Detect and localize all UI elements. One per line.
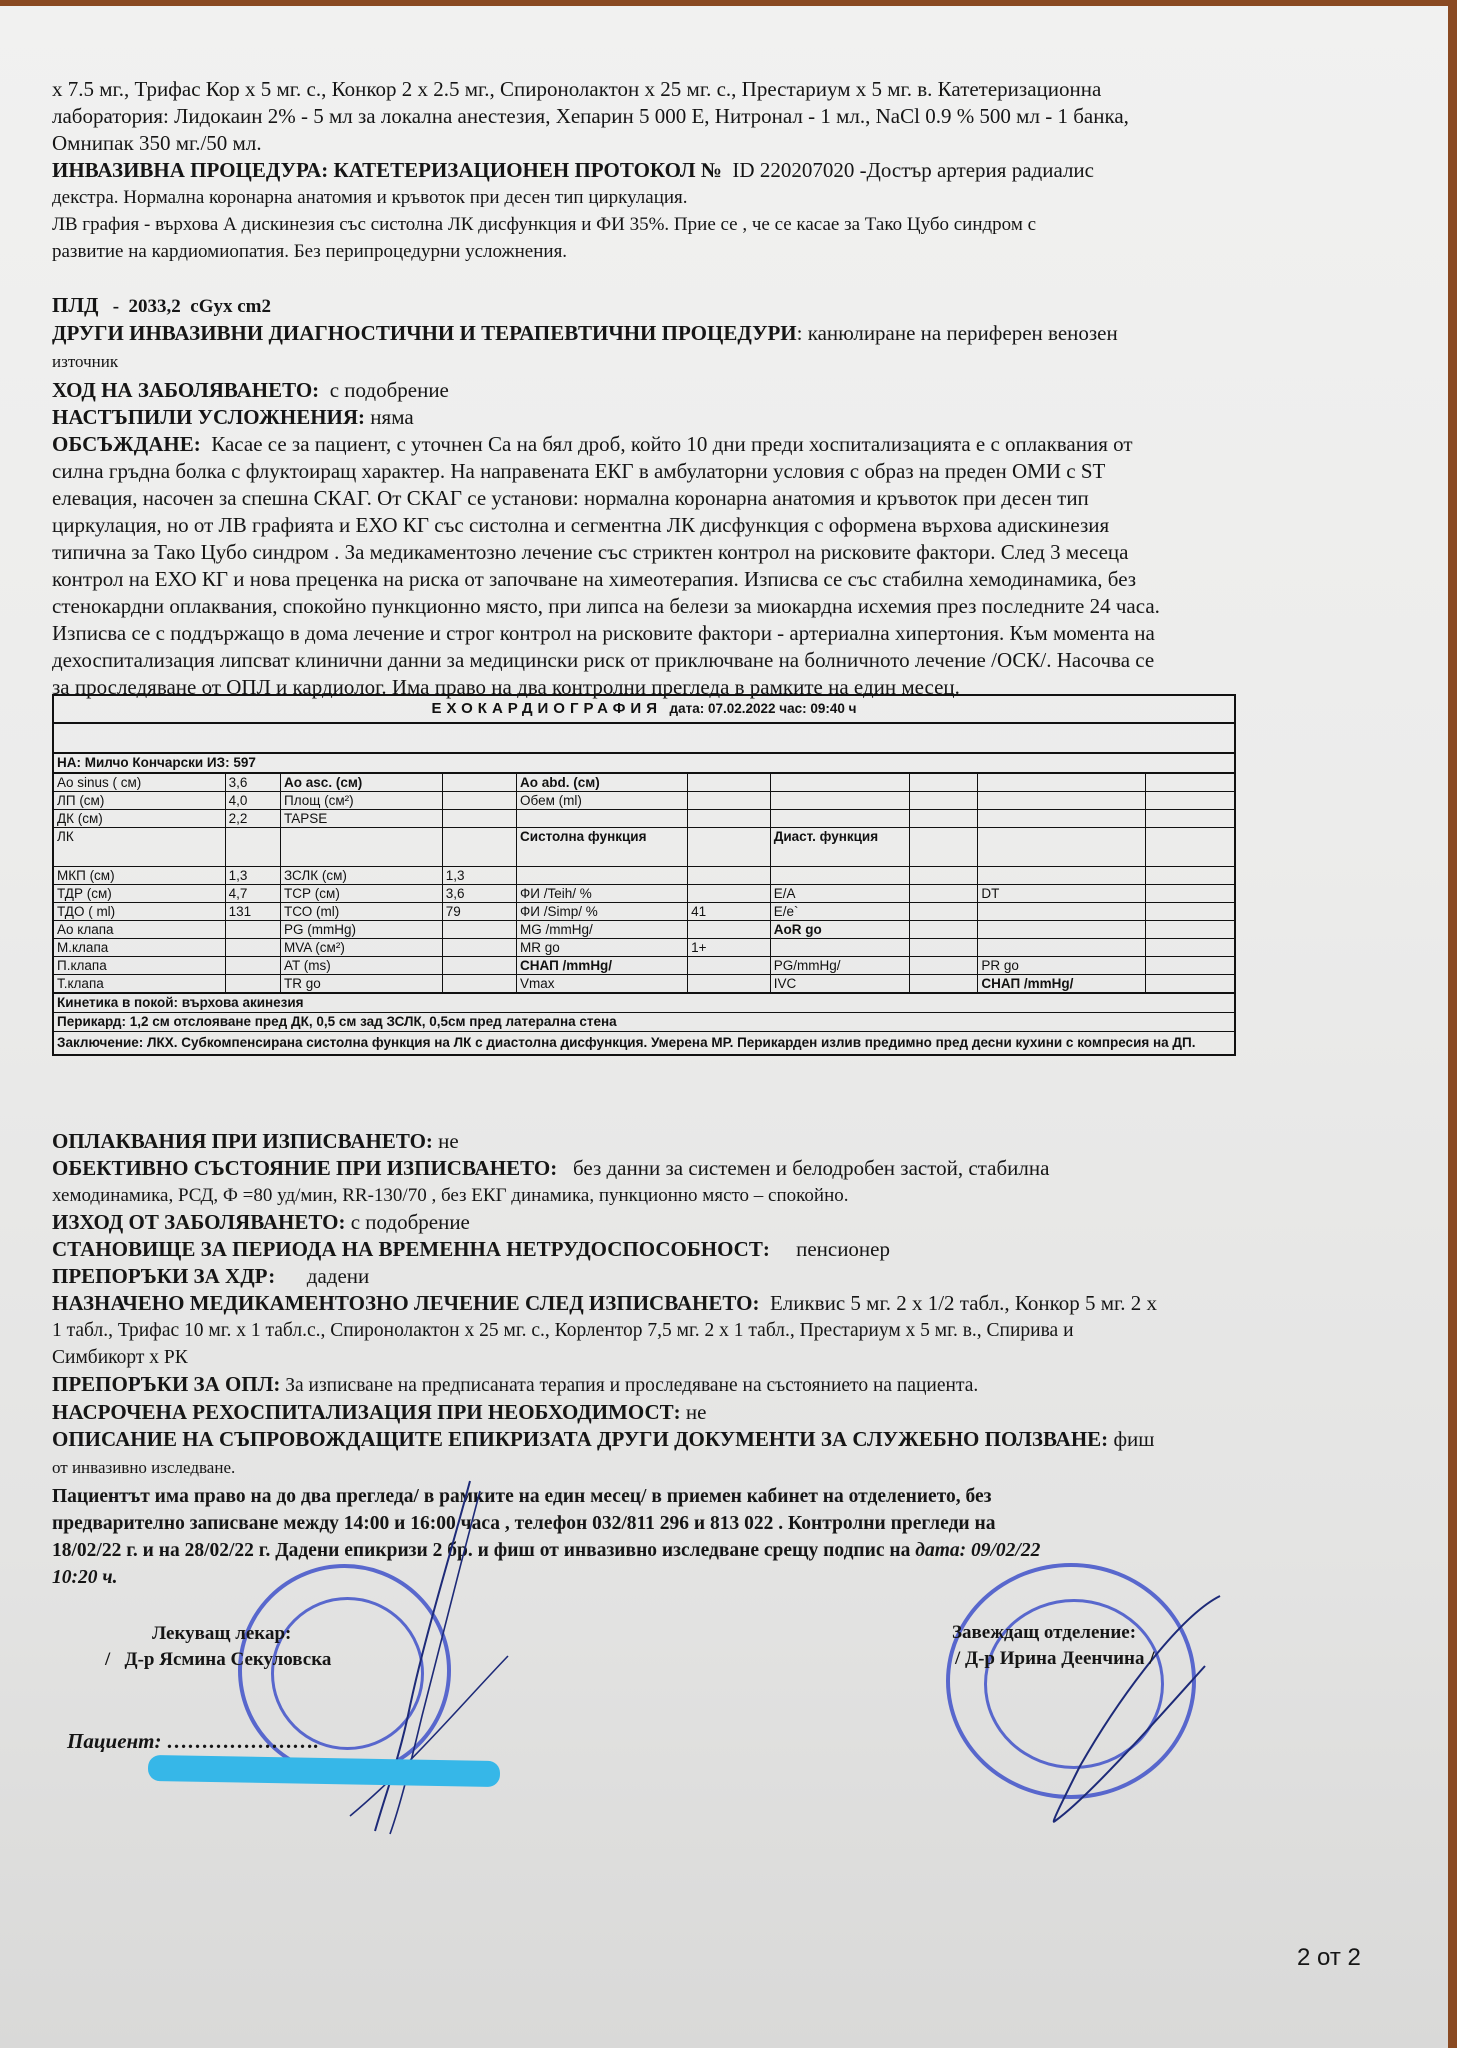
echo-row: П.клапаAT (ms)СНАП /mmHg/PG/mmHg/PR go (54, 957, 1234, 975)
echo-cell (225, 828, 280, 867)
text-line: Симбикорт x РК (52, 1344, 1352, 1371)
echo-cell: Систолна функция (517, 828, 688, 867)
echo-cell: TR go (281, 975, 443, 993)
echo-cell: МКП (см) (54, 867, 225, 885)
section-label: ОПЛАКВАНИЯ ПРИ ИЗПИСВАНЕТО: (52, 1129, 433, 1153)
echo-cell: PG/mmHg/ (770, 957, 909, 975)
echo-cell: AoR go (770, 921, 909, 939)
echo-cell: Обем (ml) (517, 792, 688, 810)
text-line: източник (52, 347, 1352, 377)
section-value: няма (365, 405, 414, 429)
echo-cell (1145, 939, 1234, 957)
echo-cell (688, 957, 771, 975)
echo-cell (517, 810, 688, 828)
section-value: пенсионер (770, 1237, 890, 1261)
echo-kinetics: Кинетика в покой: върхова акинезия (54, 993, 1234, 1012)
echo-cell (442, 792, 516, 810)
echo-cell (909, 792, 977, 810)
text-line: стенокардни оплаквания, спокойно пункцио… (52, 593, 1352, 620)
echo-cell: 3,6 (442, 885, 516, 903)
section-value: дадени (275, 1264, 369, 1288)
echo-patient: НА: Милчо Кончарски ИЗ: 597 (54, 754, 1234, 773)
echo-cell (770, 939, 909, 957)
echo-cell: СНАП /mmHg/ (517, 957, 688, 975)
echo-cell: 1,3 (442, 867, 516, 885)
echo-cell (909, 903, 977, 921)
echo-cell (688, 885, 771, 903)
echo-cell (225, 975, 280, 993)
echo-cell: 79 (442, 903, 516, 921)
echo-cell: СНАП /mmHg/ (978, 975, 1146, 993)
echo-cell (688, 921, 771, 939)
echo-cell (688, 828, 771, 867)
echo-cell: DT (978, 885, 1146, 903)
echo-cell: ЛК (54, 828, 225, 867)
head-of-department-name: / Д-р Ирина Деенчина / (955, 1646, 1155, 1672)
echo-cell: ЗСЛК (см) (281, 867, 443, 885)
section-label: НАСРОЧЕНА РЕХОСПИТАЛИЗАЦИЯ ПРИ НЕОБХОДИМ… (52, 1400, 681, 1424)
section-value: с подобрение (319, 378, 449, 402)
echo-cell: Vmax (517, 975, 688, 993)
notice-line: предварително записване между 14:00 и 16… (52, 1510, 1352, 1537)
echo-cell (770, 867, 909, 885)
echo-cell (978, 774, 1146, 792)
echo-cell (225, 921, 280, 939)
echo-cell: 3,6 (225, 774, 280, 792)
echo-cell (517, 867, 688, 885)
echo-cell: 4,7 (225, 885, 280, 903)
echo-row: МКП (см)1,3ЗСЛК (см)1,3 (54, 867, 1234, 885)
echo-grid: Ao sinus ( см)3,6Ao asc. (см)Ao abd. (см… (54, 773, 1234, 993)
echo-cell: 1,3 (225, 867, 280, 885)
echo-cell (770, 774, 909, 792)
text-line: развитие на кардиомиопатия. Без перипроц… (52, 238, 1352, 265)
echo-cell (1145, 810, 1234, 828)
echo-cell (909, 810, 977, 828)
echo-cell: AT (ms) (281, 957, 443, 975)
echo-cell (1145, 885, 1234, 903)
echo-cell (909, 774, 977, 792)
echo-heading: ЕХОКАРДИОГРАФИЯ (432, 700, 663, 717)
echo-cell: 131 (225, 903, 280, 921)
echo-row: Ao sinus ( см)3,6Ao asc. (см)Ao abd. (см… (54, 774, 1234, 792)
notice-date: дата: 09/02/22 (915, 1540, 1040, 1561)
echo-cell: 41 (688, 903, 771, 921)
section-label: НАСТЪПИЛИ УСЛОЖНЕНИЯ: (52, 405, 365, 429)
echo-cell (281, 828, 443, 867)
echo-cell (688, 792, 771, 810)
text-line: x 7.5 мг., Трифас Кор x 5 мг. с., Конкор… (52, 76, 1352, 103)
echo-row: ЛКСистолна функцияДиаст. функция (54, 828, 1234, 867)
echo-cell: ФИ /Simp/ % (517, 903, 688, 921)
echo-cell (1145, 957, 1234, 975)
text-line: 1 табл., Трифас 10 мг. x 1 табл.с., Спир… (52, 1317, 1352, 1344)
invasive-procedure-section: ИНВАЗИВНА ПРОЦЕДУРА: КАТЕТЕРИЗАЦИОНЕН ПР… (52, 157, 1352, 265)
text-line: силна гръдна болка с флуктоиращ характер… (52, 458, 1352, 485)
section-label: НАЗНАЧЕНО МЕДИКАМЕНТОЗНО ЛЕЧЕНИЕ СЛЕД ИЗ… (52, 1291, 759, 1315)
page-number: 2 от 2 (1297, 1944, 1361, 1972)
echo-cell (225, 939, 280, 957)
text-line: ЛВ графия - върхова А дискинезия със сис… (52, 211, 1352, 238)
echo-row: М.клапаMVA (см²)MR go1+ (54, 939, 1234, 957)
echo-cell (909, 885, 977, 903)
echo-cell: 4,0 (225, 792, 280, 810)
echo-cell (442, 828, 516, 867)
echo-conclusion: Заключение: ЛКХ. Субкомпенсирана систолн… (54, 1031, 1234, 1054)
patient-signature-line: Пациент: …………………. (67, 1728, 319, 1754)
echo-cell (978, 810, 1146, 828)
text-line: елевация, насочен за спешна СКАГ. От СКА… (52, 485, 1352, 512)
echo-cell: Площ (см²) (281, 792, 443, 810)
echo-cell (442, 810, 516, 828)
redaction-mark (148, 1755, 500, 1787)
echo-cell: IVC (770, 975, 909, 993)
echo-cell (909, 975, 977, 993)
echo-cell (442, 957, 516, 975)
text-line: Омнипак 350 мг./50 мл. (52, 130, 1352, 157)
echo-cell (770, 810, 909, 828)
echo-cell (909, 957, 977, 975)
treating-doctor-role: Лекуващ лекар: (152, 1621, 291, 1647)
section-label: ИНВАЗИВНА ПРОЦЕДУРА: КАТЕТЕРИЗАЦИОНЕН ПР… (52, 158, 722, 182)
section-label: ДРУГИ ИНВАЗИВНИ ДИАГНОСТИЧНИ И ТЕРАПЕВТИ… (52, 321, 797, 345)
echo-blank-row (54, 724, 1234, 754)
echo-cell: М.клапа (54, 939, 225, 957)
head-of-department-role: Завеждащ отделение: (952, 1620, 1136, 1646)
section-value: с подобрение (345, 1210, 469, 1234)
echo-cell (442, 774, 516, 792)
echo-cell (909, 828, 977, 867)
section-value: Еликвис 5 мг. 2 x 1/2 табл., Конкор 5 мг… (759, 1291, 1157, 1315)
document-page: x 7.5 мг., Трифас Кор x 5 мг. с., Конкор… (0, 6, 1448, 2048)
echo-row: ДК (см)2,2TAPSE (54, 810, 1234, 828)
echo-row: ЛП (см)4,0Площ (см²)Обем (ml) (54, 792, 1234, 810)
section-label: ОПИСАНИЕ НА СЪПРОВОЖДАЩИТЕ ЕПИКРИЗАТА ДР… (52, 1427, 1108, 1451)
section-label: ОБЕКТИВНО СЪСТОЯНИЕ ПРИ ИЗПИСВАНЕТО: (52, 1156, 557, 1180)
echo-row: ТДР (см)4,7ТСР (см)3,6ФИ /Teih/ %E/ADT (54, 885, 1234, 903)
notice-line: Пациентът има право на до два прегледа/ … (52, 1483, 1352, 1510)
echo-cell (688, 774, 771, 792)
section-value: : канюлиране на периферен венозен (797, 321, 1118, 345)
section-value: Касае се за пациент, с уточнен Са на бял… (201, 432, 1133, 456)
echo-cell (688, 975, 771, 993)
section-label: ХОД НА ЗАБОЛЯВАНЕТО: (52, 378, 319, 402)
text-line: типична за Тако Цубо синдром . За медика… (52, 539, 1352, 566)
echo-cell: ФИ /Teih/ % (517, 885, 688, 903)
echo-cell: Ao sinus ( см) (54, 774, 225, 792)
text-line: от инвазивно изследване. (52, 1453, 1352, 1483)
echo-cell (978, 903, 1146, 921)
echo-cell (978, 921, 1146, 939)
text-line: дехоспитализация липсват клинични данни … (52, 647, 1352, 674)
text-line: контрол на ЕХО КГ и нова преценка на рис… (52, 566, 1352, 593)
section-label: ОБСЪЖДАНЕ: (52, 432, 201, 456)
echo-cell (1145, 792, 1234, 810)
section-value: не (681, 1400, 707, 1424)
section-value: не (433, 1129, 459, 1153)
echo-cell (909, 939, 977, 957)
text-line: хемодинамика, РСД, Ф =80 уд/мин, RR-130/… (52, 1182, 1352, 1209)
echo-cell (688, 810, 771, 828)
echo-row: ТДО ( ml)131ТСО (ml)79ФИ /Simp/ %41E/e` (54, 903, 1234, 921)
echo-title: ЕХОКАРДИОГРАФИЯ дата: 07.02.2022 час: 09… (54, 696, 1234, 724)
echo-cell: П.клапа (54, 957, 225, 975)
echo-cell (1145, 903, 1234, 921)
echo-cell (225, 957, 280, 975)
section-value: ID 220207020 -Достър артерия радиалис (722, 158, 1094, 182)
echo-cell (1145, 774, 1234, 792)
echocardiography-table: ЕХОКАРДИОГРАФИЯ дата: 07.02.2022 час: 09… (52, 694, 1236, 1056)
echo-cell: TAPSE (281, 810, 443, 828)
echo-cell: ТДО ( ml) (54, 903, 225, 921)
echo-cell (442, 939, 516, 957)
echo-cell: Ao asc. (см) (281, 774, 443, 792)
echo-row: Т.клапаTR goVmaxIVCСНАП /mmHg/ (54, 975, 1234, 993)
echo-cell: E/e` (770, 903, 909, 921)
echo-cell: 2,2 (225, 810, 280, 828)
echo-date: дата: 07.02.2022 час: 09:40 ч (670, 701, 857, 716)
echo-cell (978, 828, 1146, 867)
discharge-sections: ОПЛАКВАНИЯ ПРИ ИЗПИСВАНЕТО: не ОБЕКТИВНО… (52, 1128, 1352, 1591)
echo-cell (442, 975, 516, 993)
echo-cell: Диаст. функция (770, 828, 909, 867)
section-label: ПЛД (52, 293, 98, 317)
text-line: декстра. Нормална коронарна анатомия и к… (52, 184, 1352, 211)
echo-cell (978, 792, 1146, 810)
echo-cell (909, 867, 977, 885)
echo-cell: ДК (см) (54, 810, 225, 828)
echo-cell (909, 921, 977, 939)
text-line: лаборатория: Лидокаин 2% - 5 мл за локал… (52, 103, 1352, 130)
echo-cell: ТСР (см) (281, 885, 443, 903)
echo-cell: ТДР (см) (54, 885, 225, 903)
echo-cell (442, 921, 516, 939)
echo-cell: Ao клапа (54, 921, 225, 939)
section-value: За изписване на предписаната терапия и п… (280, 1375, 978, 1396)
head-signature-scribble (1030, 1576, 1230, 1836)
treating-doctor-name: / Д-р Ясмина Секуловска (105, 1647, 331, 1673)
echo-cell: MG /mmHg/ (517, 921, 688, 939)
echo-row: Ao клапаPG (mmHg)MG /mmHg/AoR go (54, 921, 1234, 939)
echo-cell (1145, 867, 1234, 885)
echo-cell: PR go (978, 957, 1146, 975)
text-line: циркулация, но от ЛВ графията и ЕХО КГ с… (52, 512, 1352, 539)
text-line: Изписва се с поддържащо в дома лечение и… (52, 620, 1352, 647)
echo-cell (770, 792, 909, 810)
echo-cell (1145, 828, 1234, 867)
echo-pericard: Перикард: 1,2 см отслояване пред ДК, 0,5… (54, 1012, 1234, 1031)
section-label: ПРЕПОРЪКИ ЗА ОПЛ: (52, 1372, 280, 1396)
echo-cell (978, 939, 1146, 957)
echo-cell: Ao abd. (см) (517, 774, 688, 792)
echo-cell: E/A (770, 885, 909, 903)
echo-cell (1145, 921, 1234, 939)
echo-cell: PG (mmHg) (281, 921, 443, 939)
section-label: СТАНОВИЩЕ ЗА ПЕРИОДА НА ВРЕМЕННА НЕТРУДО… (52, 1237, 770, 1261)
echo-cell: MVA (см²) (281, 939, 443, 957)
echo-cell: ТСО (ml) (281, 903, 443, 921)
echo-cell: 1+ (688, 939, 771, 957)
medication-before-block: x 7.5 мг., Трифас Кор x 5 мг. с., Конкор… (52, 76, 1352, 157)
section-value: - 2033,2 cGyx cm2 (98, 296, 271, 317)
echo-cell (688, 867, 771, 885)
section-label: ИЗХОД ОТ ЗАБОЛЯВАНЕТО: (52, 1210, 345, 1234)
echo-cell: MR go (517, 939, 688, 957)
section-value: фиш (1108, 1427, 1154, 1451)
echo-cell: ЛП (см) (54, 792, 225, 810)
pld-section: ПЛД - 2033,2 cGyx cm2 ДРУГИ ИНВАЗИВНИ ДИ… (52, 292, 1352, 701)
section-value: без данни за системен и белодробен засто… (557, 1156, 1049, 1180)
echo-cell (1145, 975, 1234, 993)
echo-cell: Т.клапа (54, 975, 225, 993)
echo-cell (978, 867, 1146, 885)
section-label: ПРЕПОРЪКИ ЗА ХДР: (52, 1264, 275, 1288)
